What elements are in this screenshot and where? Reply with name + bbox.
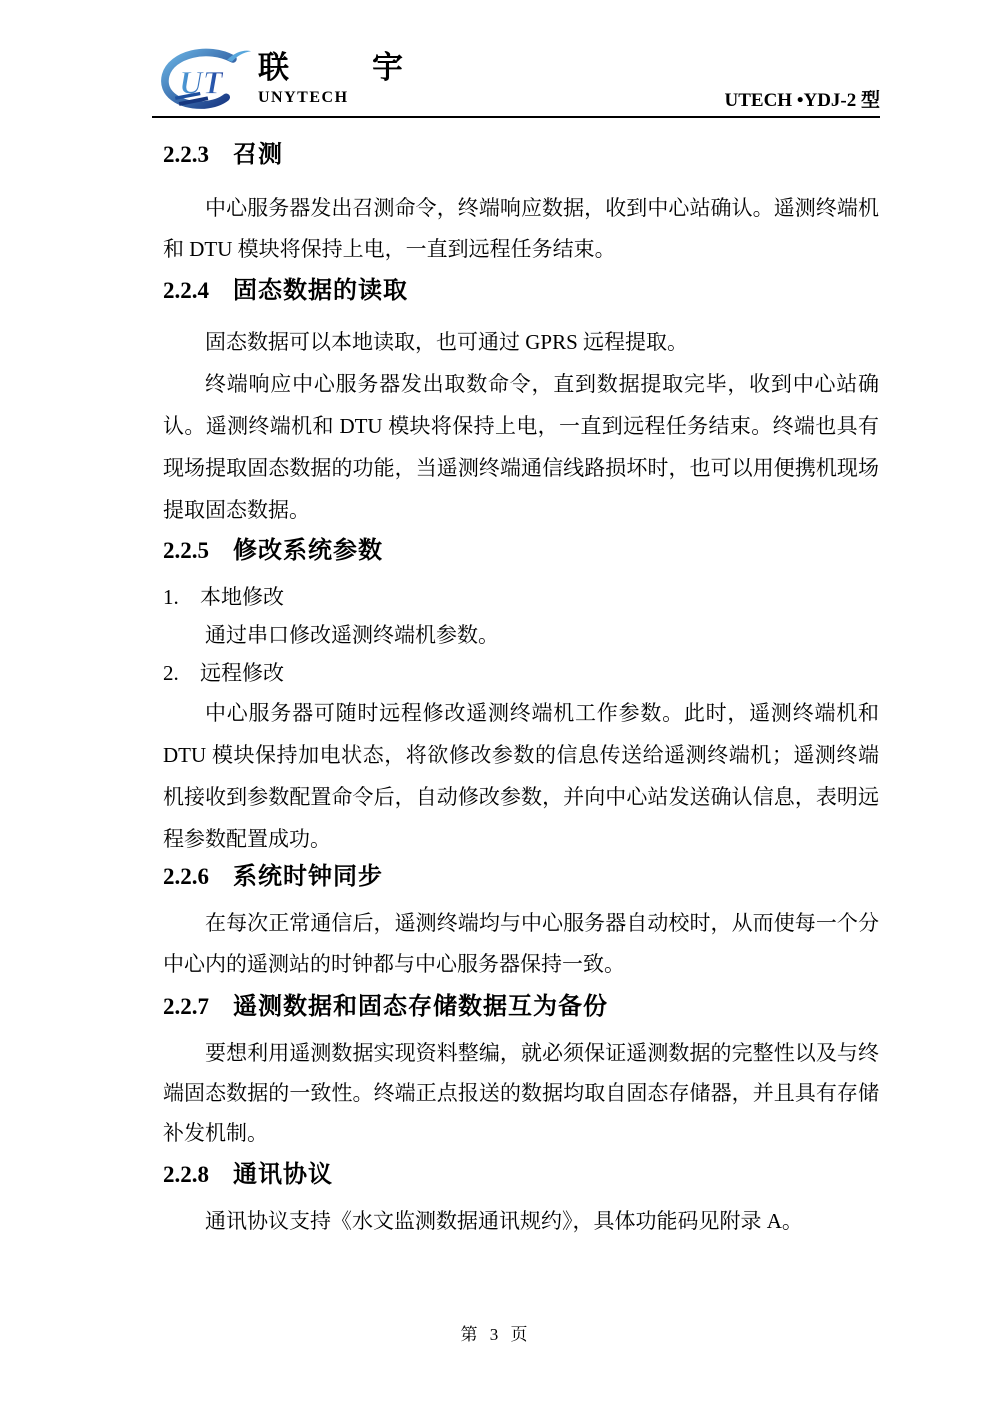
page-number: 第 3 页 — [461, 1325, 532, 1344]
list-item-detail: 通过串口修改遥测终端机参数。 — [163, 616, 879, 654]
section-number: 2.2.5 — [163, 534, 209, 568]
page-header: UT 联 宇 UNYTECH UTECH •YDJ-2 型 — [152, 0, 880, 118]
document-page: UT 联 宇 UNYTECH UTECH •YDJ-2 型 2.2.3 召测 中… — [0, 0, 992, 1403]
list-item-label: 本地修改 — [200, 578, 284, 616]
section-heading-2-2-3: 2.2.3 召测 — [163, 138, 879, 172]
document-content: 2.2.3 召测 中心服务器发出召测命令，终端响应数据，收到中心站确认。遥测终端… — [163, 130, 879, 1242]
section-title: 召测 — [233, 138, 283, 172]
page-footer: 第 3 页 — [0, 1322, 992, 1348]
section-heading-2-2-8: 2.2.8 通讯协议 — [163, 1158, 879, 1192]
section-heading-2-2-5: 2.2.5 修改系统参数 — [163, 534, 879, 568]
section-number: 2.2.4 — [163, 274, 209, 308]
paragraph: 固态数据可以本地读取，也可通过 GPRS 远程提取。 — [163, 322, 879, 363]
paragraph: 在每次正常通信后，遥测终端均与中心服务器自动校时，从而使每一个分中心内的遥测站的… — [163, 903, 879, 985]
section-title: 通讯协议 — [233, 1158, 333, 1192]
list-item: 1. 本地修改 — [163, 578, 879, 616]
list-item: 2. 远程修改 — [163, 654, 879, 692]
paragraph: 中心服务器发出召测命令，终端响应数据，收到中心站确认。遥测终端机和 DTU 模块… — [163, 188, 879, 270]
section-title: 修改系统参数 — [233, 534, 383, 568]
paragraph: 终端响应中心服务器发出取数命令，直到数据提取完毕，收到中心站确认。遥测终端机和 … — [163, 363, 879, 531]
logo-en-name: UNYTECH — [258, 88, 429, 108]
paragraph: 通讯协议支持《水文监测数据通讯规约》，具体功能码见附录 A。 — [163, 1201, 879, 1242]
section-number: 2.2.8 — [163, 1158, 209, 1192]
paragraph: 中心服务器可随时远程修改遥测终端机工作参数。此时，遥测终端机和 DTU 模块保持… — [163, 692, 879, 860]
logo-cn-name: 联 宇 — [258, 50, 429, 86]
company-logo: UT 联 宇 UNYTECH — [158, 48, 429, 114]
section-heading-2-2-4: 2.2.4 固态数据的读取 — [163, 274, 879, 308]
section-number: 2.2.7 — [163, 990, 209, 1024]
list-item-label: 远程修改 — [200, 654, 284, 692]
list-item-number: 2. — [163, 654, 200, 692]
section-number: 2.2.6 — [163, 860, 209, 894]
list-item-number: 1. — [163, 578, 200, 616]
section-title: 系统时钟同步 — [233, 860, 383, 894]
header-product-label: UTECH •YDJ-2 型 — [725, 85, 881, 112]
logo-text-block: 联 宇 UNYTECH — [258, 50, 429, 108]
paragraph: 要想利用遥测数据实现资料整编，就必须保证遥测数据的完整性以及与终端固态数据的一致… — [163, 1033, 879, 1153]
section-title: 固态数据的读取 — [233, 274, 408, 308]
section-heading-2-2-7: 2.2.7 遥测数据和固态存储数据互为备份 — [163, 990, 879, 1024]
section-number: 2.2.3 — [163, 138, 209, 172]
section-heading-2-2-6: 2.2.6 系统时钟同步 — [163, 860, 879, 894]
section-title: 遥测数据和固态存储数据互为备份 — [233, 990, 608, 1024]
logo-swoosh-icon: UT — [158, 48, 254, 114]
